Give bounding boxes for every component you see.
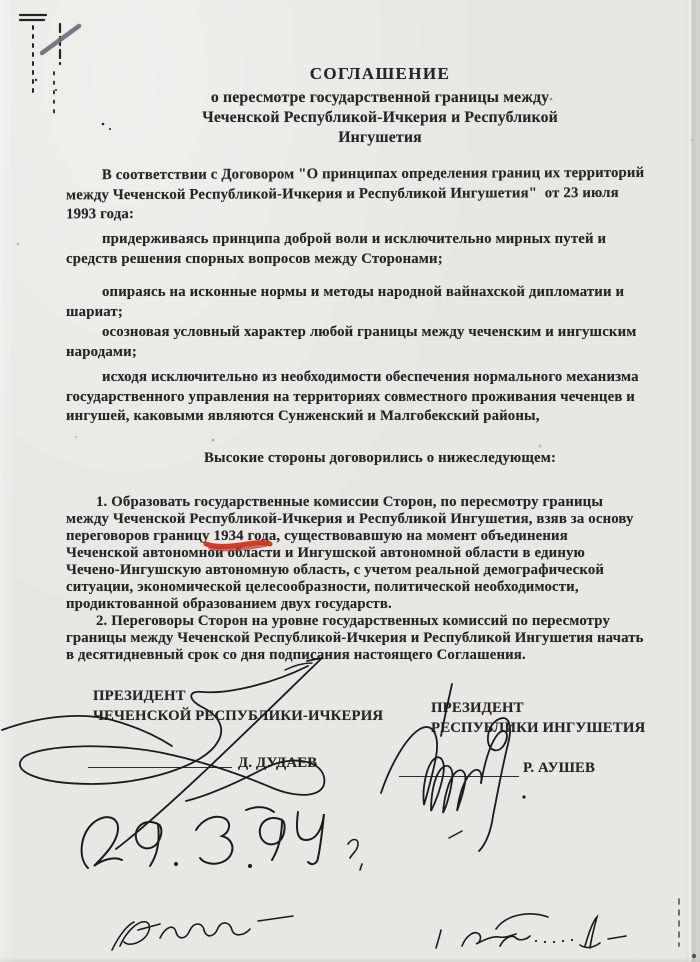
resolution-intro-line: Высокие стороны договорились о нижеследу… <box>100 449 660 469</box>
preamble-paragraph-4: осозновая условный характер любой границ… <box>66 323 670 362</box>
bottom-right-signature-ink <box>436 914 626 948</box>
signatory-right-name: Р. АУШЕВ <box>523 759 595 779</box>
scan-corner-marks <box>20 15 111 130</box>
preamble-paragraph-5: исходя исключительно из необходимости об… <box>66 368 670 427</box>
article-1-text: 1. Образовать государственные комиссии С… <box>66 494 676 613</box>
article-2-text: 2. Переговоры Сторон на уровне государст… <box>66 613 676 664</box>
handwritten-date-ink: 29. 3. 94 г. <box>82 807 362 870</box>
preamble-paragraph-2: придерживаясь принципа доброй воли и иск… <box>66 230 670 269</box>
scan-bottom-shadow <box>0 957 700 962</box>
preamble-paragraph-1: В соответствии с Договором "О принципах … <box>66 164 670 225</box>
preamble-paragraph-3: опираясь на исконные нормы и методы наро… <box>66 283 670 322</box>
signature-line-left <box>88 767 232 768</box>
scanned-agreement-page: СОГЛАШЕНИЕ о пересмотре государственной … <box>0 0 700 962</box>
signatory-right-title: ПРЕЗИДЕНТ РЕСПУБЛИКИ ИНГУШЕТИЯ <box>431 698 645 738</box>
gray-pen-stroke <box>42 26 79 53</box>
bottom-left-signature-ink <box>112 916 293 950</box>
document-subtitle: о пересмотре государственной границы меж… <box>100 88 660 148</box>
scan-edge-shadow <box>684 0 700 962</box>
signatory-left-title: ПРЕЗИДЕНТ ЧЕЧЕНСКОЙ РЕСПУБЛИКИ-ИЧКЕРИЯ <box>93 686 383 726</box>
signature-line-right <box>399 776 519 777</box>
document-title: СОГЛАШЕНИЕ <box>100 64 660 84</box>
signatory-left-name: Д. ДУДАЕВ <box>238 754 317 774</box>
